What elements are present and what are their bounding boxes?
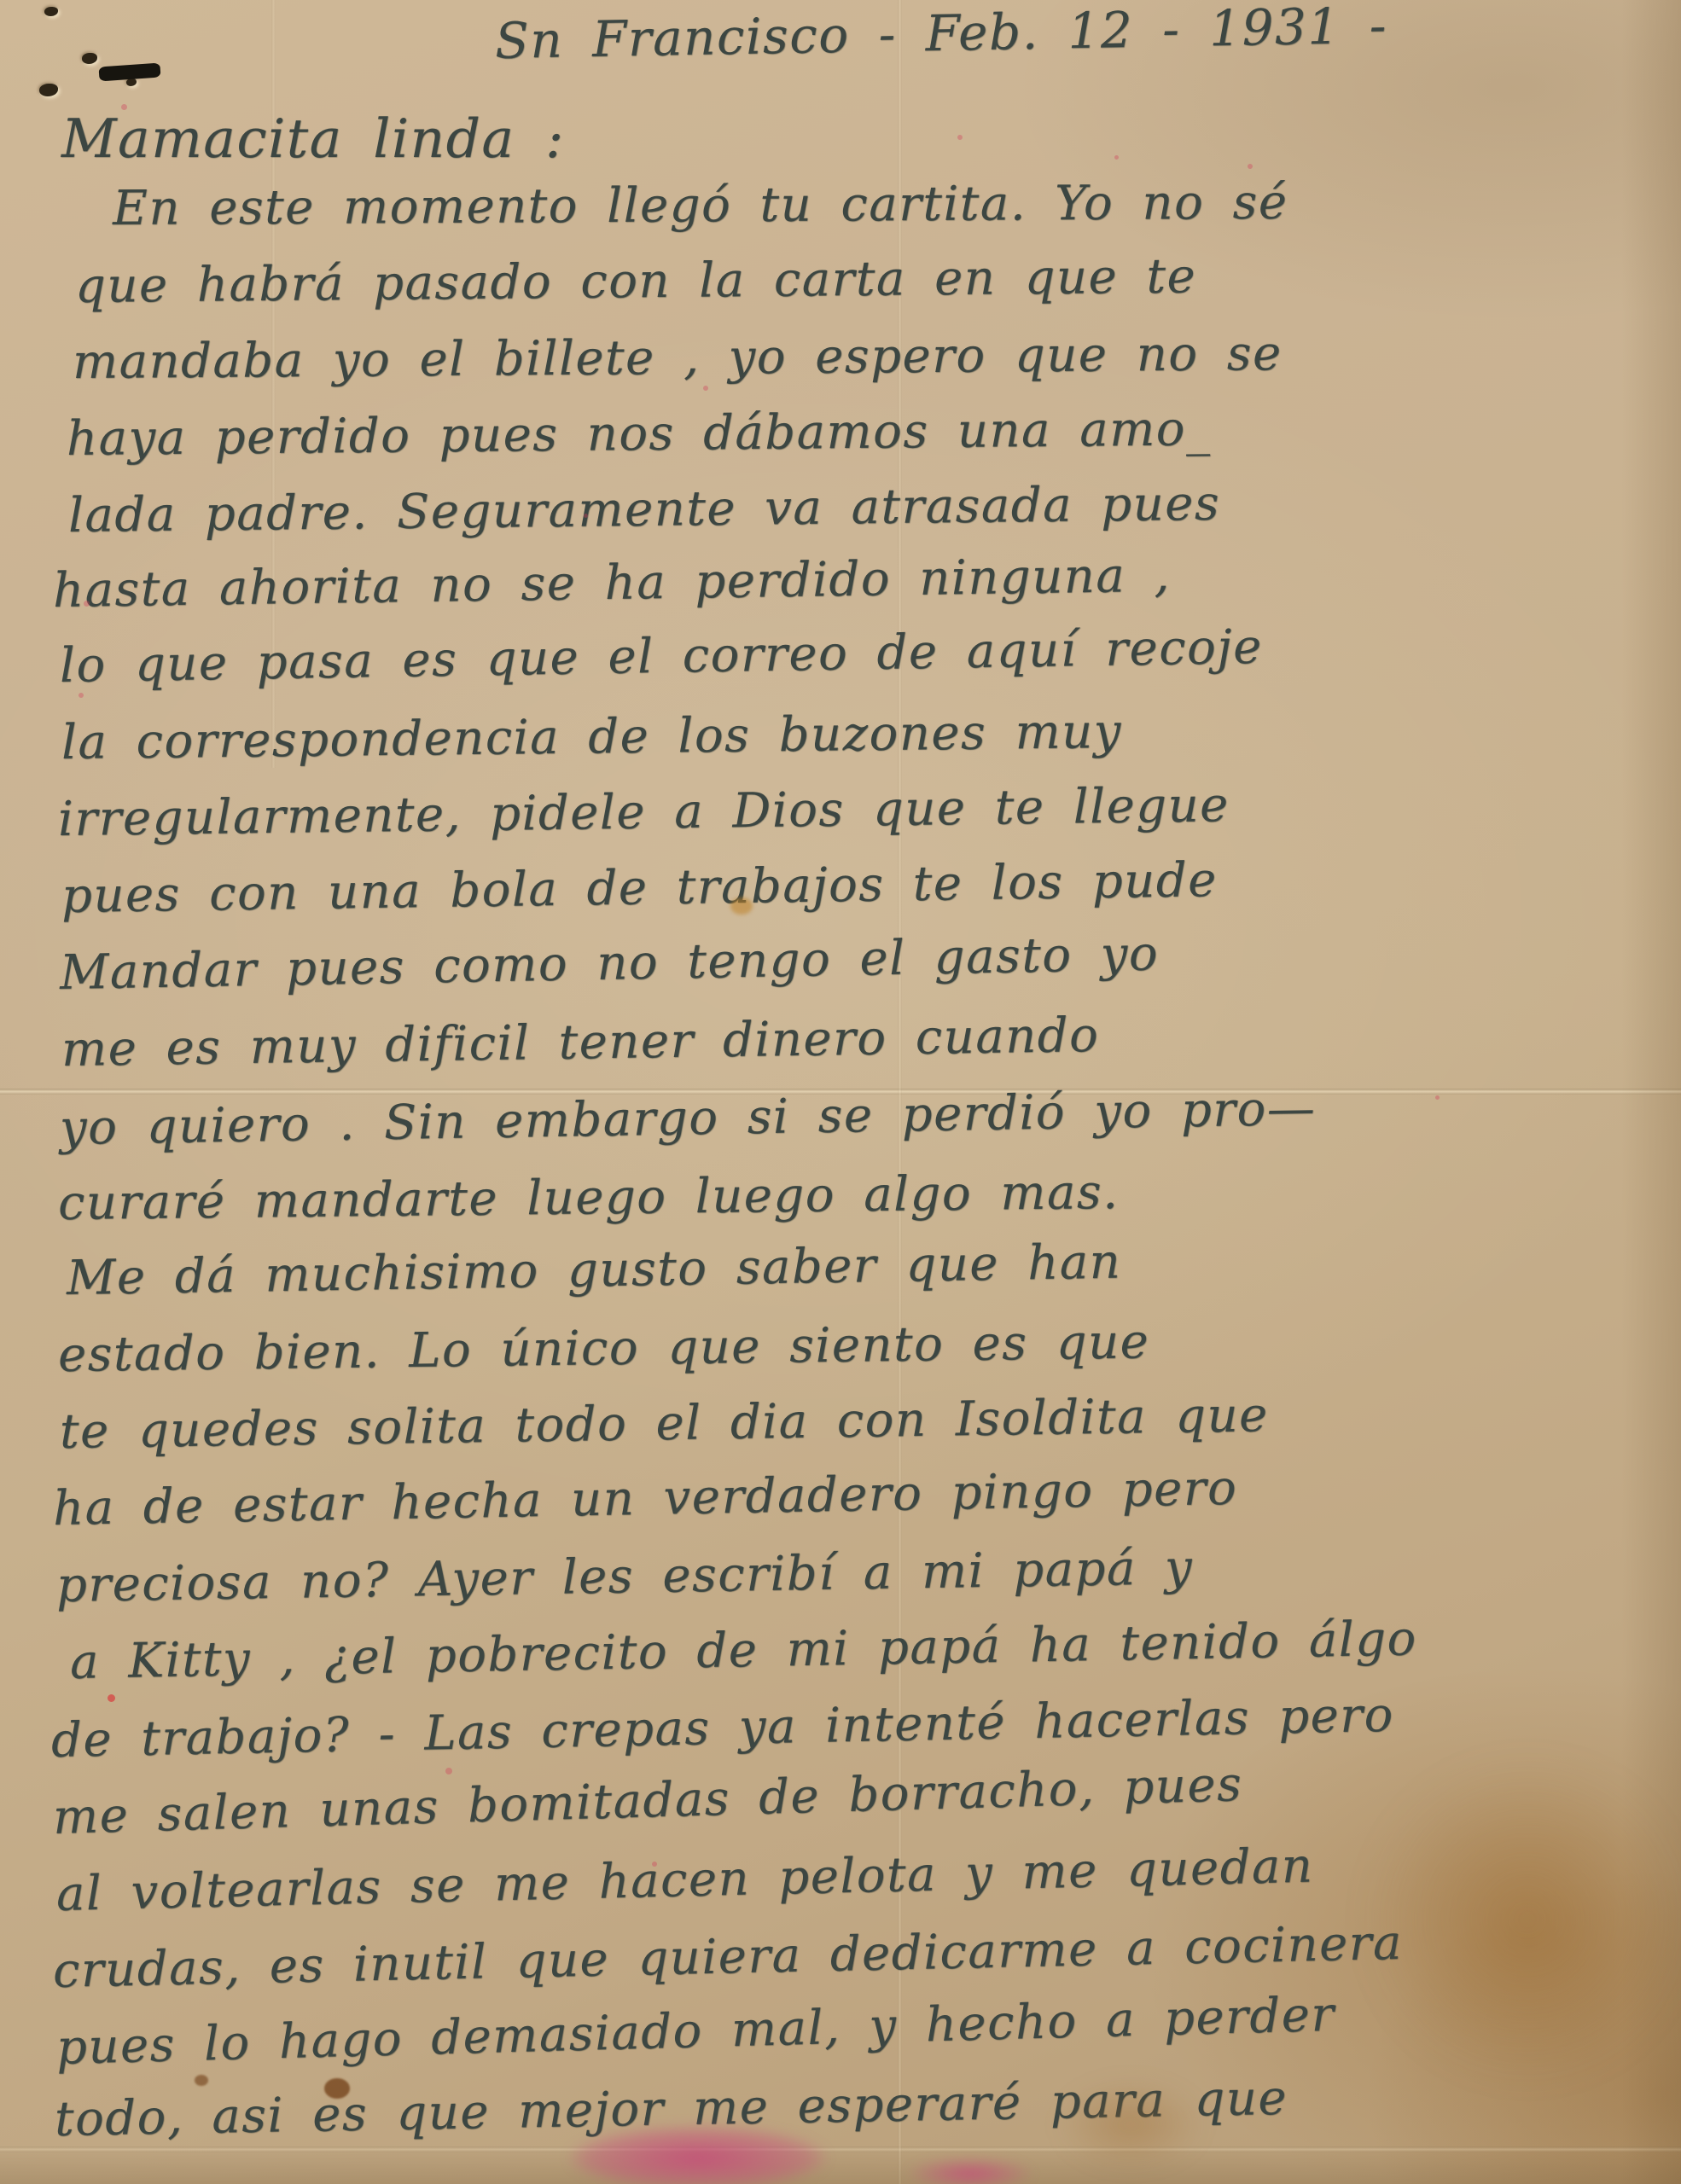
- letter-line: me es muy dificil tener dinero cuando: [61, 1008, 1100, 1077]
- paper-hole: [126, 78, 137, 86]
- red-speckle: [108, 1694, 115, 1702]
- letter-line: a Kitty , ¿el pobrecito de mi papá ha te…: [69, 1611, 1417, 1690]
- letter-line: ha de estar hecha un verdadero pingo per…: [52, 1461, 1237, 1536]
- paper-hole: [39, 84, 58, 96]
- letter-line: pues con una bola de trabajos te los pud…: [61, 852, 1219, 924]
- edge-shading: [1621, 0, 1681, 2184]
- letter-line: curaré mandarte luego luego algo mas.: [58, 1165, 1120, 1231]
- ink-dash-mark: [98, 63, 160, 82]
- letter-line: de trabajo? - Las crepas ya intenté hace…: [50, 1687, 1394, 1769]
- letter-line: haya perdido pues nos dábamos una amo_: [67, 401, 1212, 467]
- letter-line: todo, asi es que mejor me esperaré para …: [54, 2071, 1288, 2147]
- salutation: Mamacita linda :: [61, 107, 565, 170]
- letter-line: la correspondencia de los buzones muy: [61, 704, 1122, 770]
- letter-line: preciosa no? Ayer les escribí a mi papá …: [55, 1540, 1193, 1613]
- letter-line: En este momento llegó tu cartita. Yo no …: [113, 175, 1288, 236]
- paper-hole: [44, 7, 58, 16]
- red-speckle: [957, 135, 963, 140]
- red-speckle: [1248, 164, 1253, 169]
- letter-line: crudas, es inutil que quiera dedicarme a…: [52, 1915, 1403, 1999]
- red-speckle: [79, 693, 84, 698]
- red-speckle: [84, 601, 90, 607]
- letter-line: te quedes solita todo el dia con Isoldit…: [60, 1387, 1270, 1460]
- letter-line: Me dá muchisimo gusto saber que han: [66, 1234, 1121, 1306]
- letter-line: mandaba yo el billete , yo espero que no…: [73, 326, 1283, 390]
- edge-shading: [0, 2145, 1681, 2184]
- red-speckle: [1114, 155, 1119, 160]
- red-speckle: [445, 1768, 452, 1774]
- letter-line: al voltearlas se me hacen pelota y me qu…: [55, 1838, 1314, 1922]
- letter-line: lada padre. Seguramente va atrasada pues: [68, 476, 1221, 543]
- letter-line: Mandar pues como no tengo el gasto yo: [59, 926, 1159, 1001]
- letter-line: irregularmente, pidele a Dios que te lle…: [58, 777, 1230, 847]
- letter-line: lo que pasa es que el correo de aquí rec…: [59, 619, 1263, 694]
- letter-line: que habrá pasado con la carta en que te: [75, 249, 1197, 314]
- letter-line: hasta ahorita no se ha perdido ninguna ,: [53, 548, 1172, 619]
- red-speckle: [584, 514, 588, 518]
- brown-stain: [195, 2075, 208, 2086]
- letter-line: estado bien. Lo único que siento es que: [58, 1314, 1150, 1383]
- letter-line: pues lo hago demasiado mal, y hecho a pe…: [55, 1987, 1335, 2076]
- letter-page: Sn Francisco - Feb. 12 - 1931 - Mamacita…: [0, 0, 1681, 2184]
- red-speckle: [1435, 1095, 1440, 1100]
- red-speckle: [652, 1862, 657, 1867]
- letter-line: me salen unas bomitadas de borracho, pue…: [52, 1757, 1243, 1845]
- red-speckle: [703, 386, 708, 391]
- red-speckle: [121, 104, 127, 110]
- paper-hole: [82, 53, 97, 64]
- dateline: Sn Francisco - Feb. 12 - 1931 -: [494, 0, 1387, 70]
